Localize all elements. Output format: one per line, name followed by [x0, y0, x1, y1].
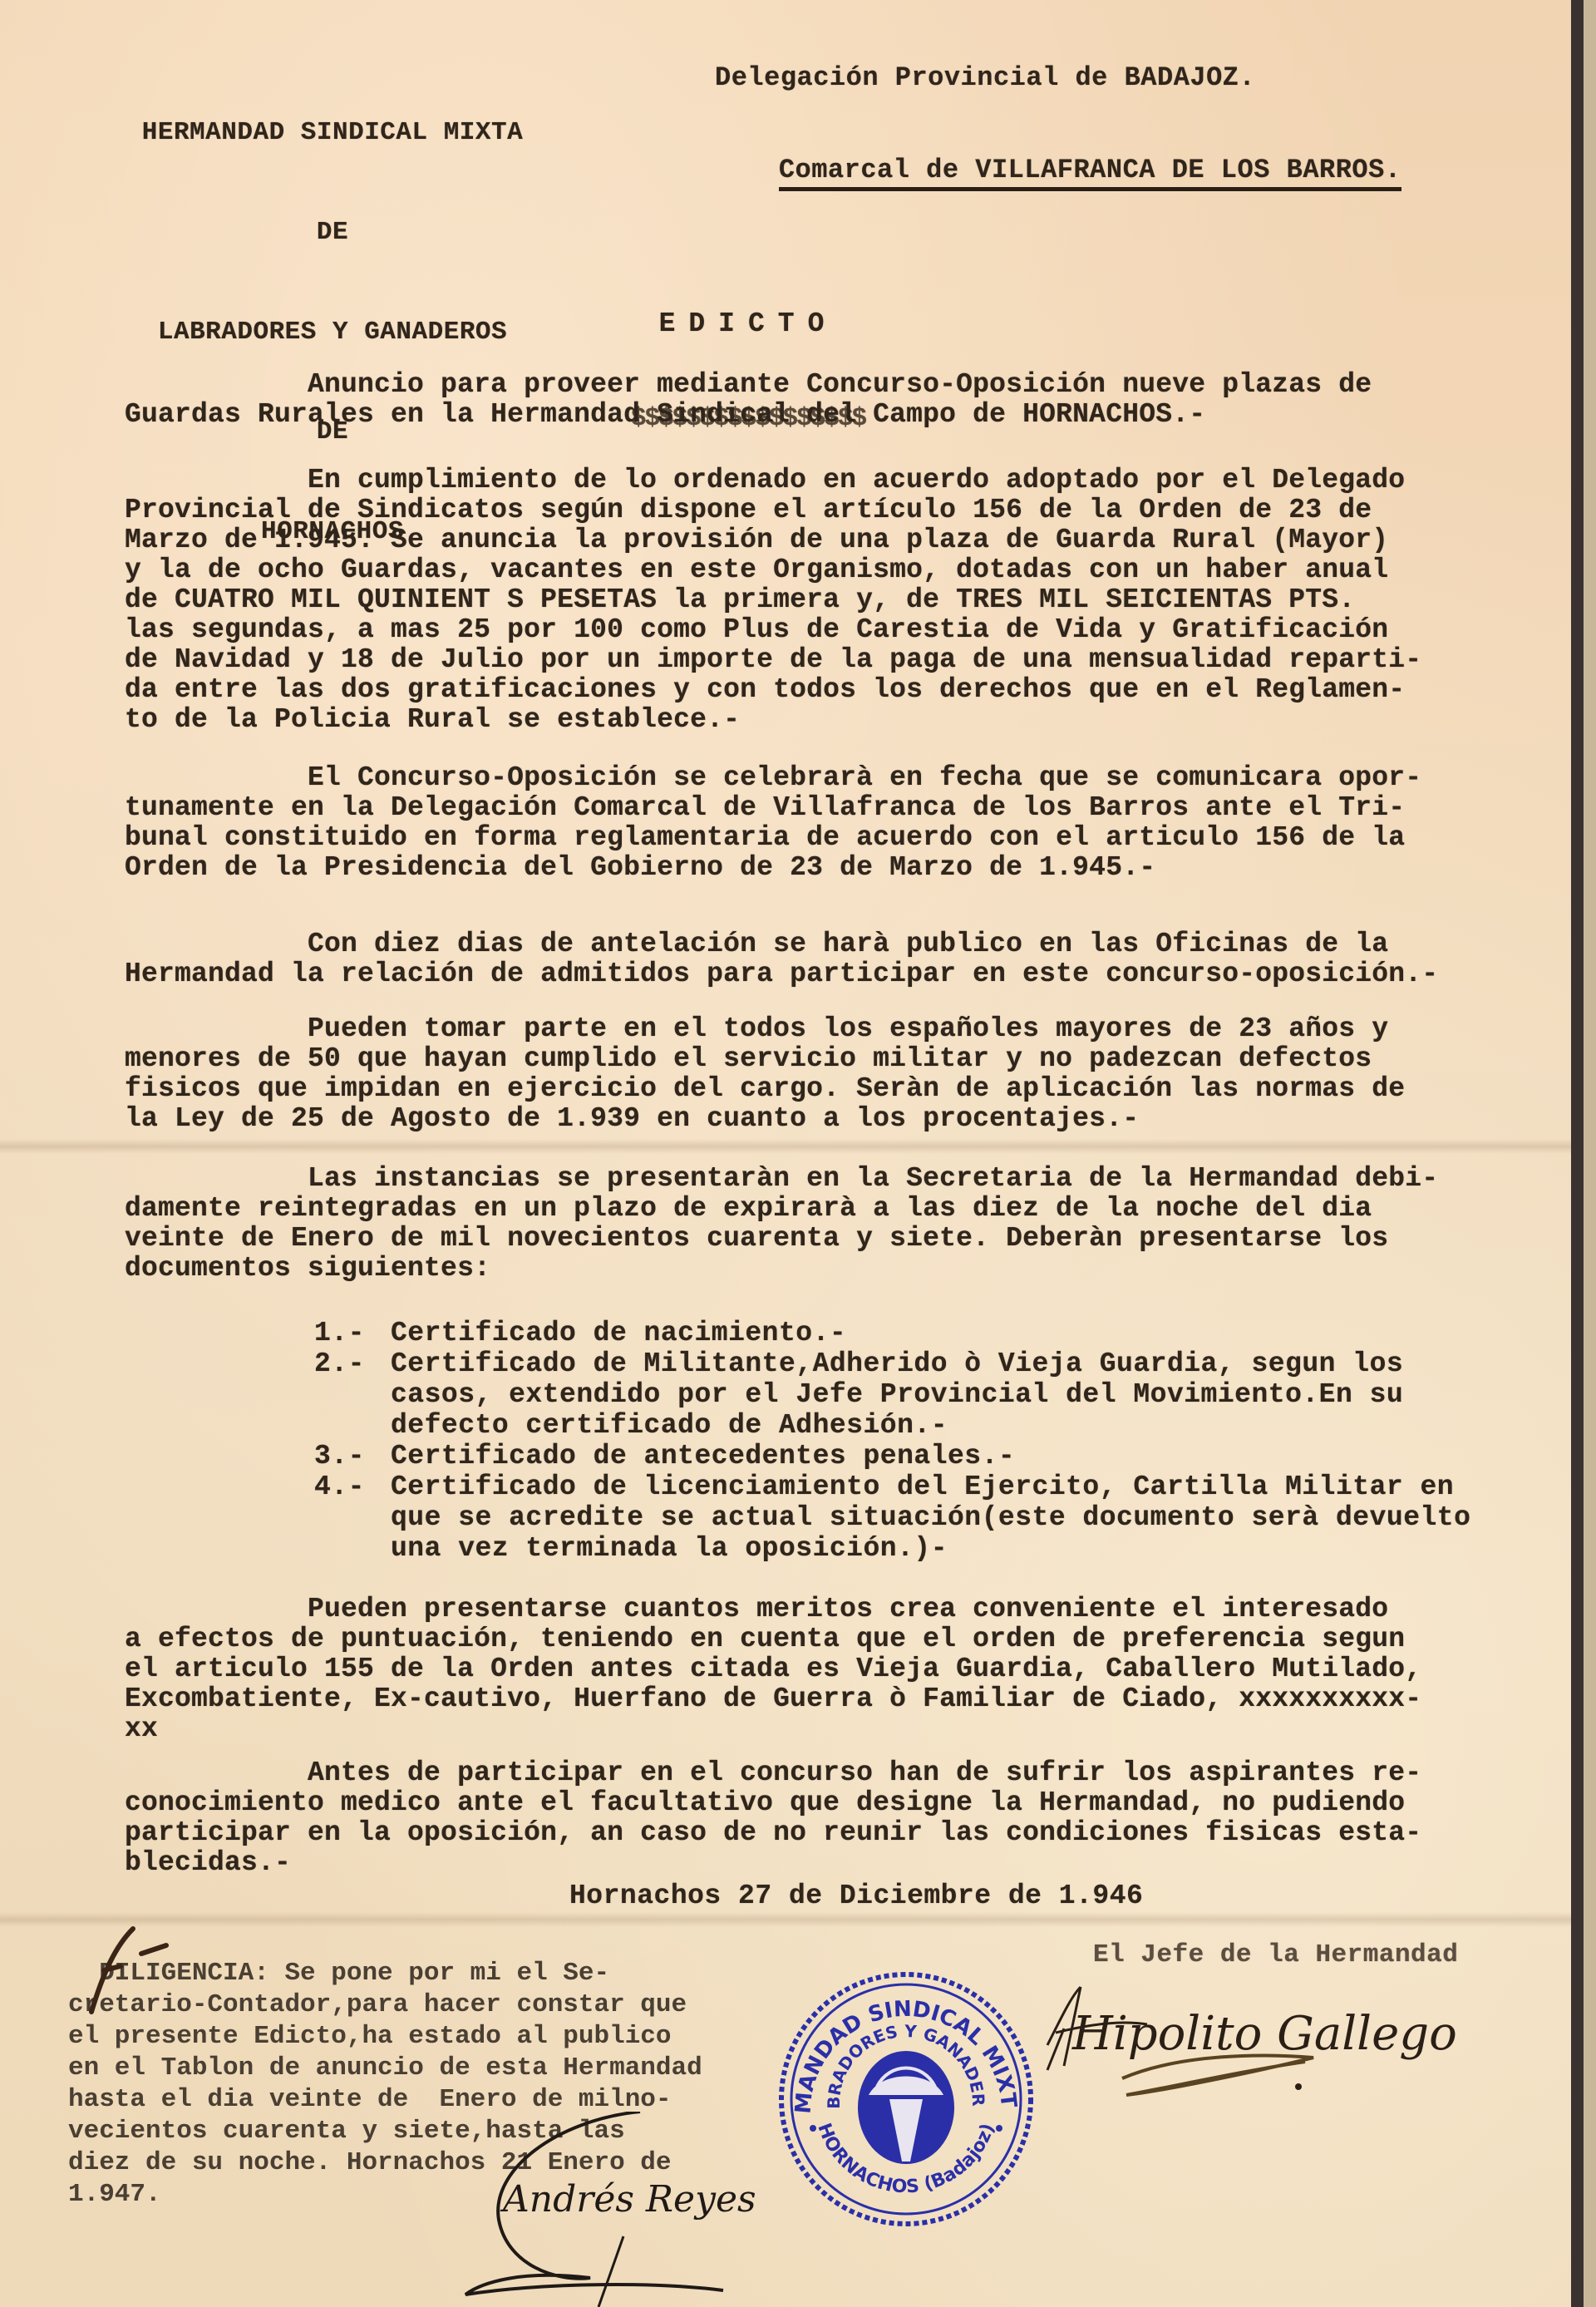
- text-line: de Navidad y 18 de Julio por un importe …: [125, 645, 1571, 675]
- text-line: una vez terminada la oposición.)-: [391, 1533, 1470, 1564]
- text-line: Pueden presentarse cuantos meritos crea …: [125, 1595, 1571, 1624]
- signatory-title: El Jefe de la Hermandad: [1093, 1940, 1458, 1971]
- text-line: veinte de Enero de mil novecientos cuare…: [125, 1224, 1571, 1254]
- text-line: y la de ocho Guardas, vacantes en este O…: [125, 555, 1571, 585]
- header-line: LABRADORES Y GANADEROS: [100, 314, 565, 351]
- svg-text:Andrés Reyes: Andrés Reyes: [500, 2178, 756, 2221]
- initial-mark: [58, 1920, 175, 2020]
- text-line: documentos siguientes:: [125, 1254, 1571, 1284]
- text-line: en el Tablon de anuncio de esta Hermanda…: [68, 2053, 702, 2084]
- list-text: Certificado de nacimiento.-: [391, 1318, 846, 1348]
- text-line: de CUATRO MIL QUINIENT S PESETAS la prim…: [125, 585, 1571, 615]
- text-line: blecidas.-: [125, 1848, 1571, 1878]
- text-line: Certificado de licenciamiento del Ejerci…: [391, 1471, 1470, 1502]
- header-line: DE: [100, 214, 565, 251]
- text-line: Certificado de nacimiento.-: [391, 1318, 846, 1348]
- text-line: El Concurso-Oposición se celebrarà en fe…: [125, 763, 1571, 793]
- paragraph-merits: Pueden presentarse cuantos meritos crea …: [125, 1595, 1571, 1744]
- text-line: Pueden tomar parte en el todos los españ…: [125, 1014, 1571, 1044]
- paper-fold: [0, 1912, 1584, 1927]
- text-line: defecto certificado de Adhesión.-: [391, 1410, 1403, 1441]
- text-line: da entre las dos gratificaciones y con t…: [125, 675, 1571, 705]
- text-line: menores de 50 que hayan cumplido el serv…: [125, 1044, 1571, 1074]
- header-line: HERMANDAD SINDICAL MIXTA: [100, 115, 565, 151]
- documents-list: 1.-Certificado de nacimiento.-2.-Certifi…: [314, 1318, 1594, 1564]
- text-line: el presente Edicto,ha estado al publico: [68, 2021, 702, 2053]
- text-line: las segundas, a mas 25 por 100 como Plus…: [125, 615, 1571, 645]
- text-line: casos, extendido por el Jefe Provincial …: [391, 1379, 1403, 1410]
- text-line: bunal constituido en forma reglamentaria…: [125, 823, 1571, 853]
- document-page: HERMANDAD SINDICAL MIXTA DE LABRADORES Y…: [0, 0, 1584, 2307]
- title-text: EDICTO: [582, 308, 914, 340]
- paper-fold: [0, 1139, 1584, 1154]
- paragraph-announcement: Anuncio para proveer mediante Concurso-O…: [125, 370, 1571, 430]
- paragraph-contest-date: El Concurso-Oposición se celebrarà en fe…: [125, 763, 1571, 883]
- list-number: 3.-: [314, 1441, 391, 1471]
- list-text: Certificado de licenciamiento del Ejerci…: [391, 1471, 1470, 1564]
- text-line: Marzo de 1.945. Se anuncia la provisión …: [125, 525, 1571, 555]
- text-line: tunamente en la Delegación Comarcal de V…: [125, 793, 1571, 823]
- text-line: Certificado de Militante,Adherido ò Viej…: [391, 1348, 1403, 1379]
- signature-secretario: Andrés Reyes: [449, 2112, 798, 2307]
- text-line: damente reintegradas en un plazo de expi…: [125, 1194, 1571, 1224]
- paragraph-medical: Antes de participar en el concurso han d…: [125, 1758, 1571, 1878]
- date-line: Hornachos 27 de Diciembre de 1.946: [569, 1881, 1143, 1912]
- delegation-line: Delegación Provincial de BADAJOZ.: [715, 62, 1255, 94]
- text-line: Provincial de Sindicatos según dispone e…: [125, 495, 1571, 525]
- text-line: Las instancias se presentaràn en la Secr…: [125, 1164, 1571, 1194]
- text-line: la Ley de 25 de Agosto de 1.939 en cuant…: [125, 1104, 1571, 1134]
- comarcal-text: Comarcal de VILLAFRANCA DE LOS BARROS.: [779, 155, 1401, 191]
- text-line: fisicos que impidan en ejercicio del car…: [125, 1074, 1571, 1104]
- list-number: 2.-: [314, 1348, 391, 1441]
- text-line: Guardas Rurales en la Hermandad Sindical…: [125, 400, 1571, 430]
- text-line: participar en la oposición, an caso de n…: [125, 1818, 1571, 1848]
- list-item: 1.-Certificado de nacimiento.-: [314, 1318, 1594, 1348]
- svg-text:Hipolito Gallego: Hipolito Gallego: [1071, 2007, 1457, 2061]
- comarcal-line: Comarcal de VILLAFRANCA DE LOS BARROS.: [713, 123, 1401, 218]
- list-item: 2.-Certificado de Militante,Adherido ò V…: [314, 1348, 1594, 1441]
- paragraph-admitted: Con diez dias de antelación se harà publ…: [125, 929, 1571, 989]
- list-number: 1.-: [314, 1318, 391, 1348]
- text-line: a efectos de puntuación, teniendo en cue…: [125, 1624, 1571, 1654]
- text-line: Con diez dias de antelación se harà publ…: [125, 929, 1571, 959]
- list-item: 4.-Certificado de licenciamiento del Eje…: [314, 1471, 1594, 1564]
- signature-jefe: Hipolito Gallego: [1031, 1979, 1513, 2103]
- seal-stamp: HERMANDAD SINDICAL MIXTA DE LABRADORES Y…: [773, 1962, 1039, 2228]
- paragraph-fulfillment: En cumplimiento de lo ordenado en acuerd…: [125, 466, 1571, 735]
- text-line: Anuncio para proveer mediante Concurso-O…: [125, 370, 1571, 400]
- text-line: to de la Policia Rural se establece.-: [125, 705, 1571, 735]
- text-line: Hermandad la relación de admitidos para …: [125, 959, 1571, 989]
- list-item: 3.-Certificado de antecedentes penales.-: [314, 1441, 1594, 1471]
- text-line: xx: [125, 1714, 1571, 1744]
- scan-edge: [1571, 0, 1584, 2307]
- text-line: Orden de la Presidencia del Gobierno de …: [125, 853, 1571, 883]
- list-text: Certificado de Militante,Adherido ò Viej…: [391, 1348, 1403, 1441]
- text-line: Certificado de antecedentes penales.-: [391, 1441, 1015, 1471]
- list-text: Certificado de antecedentes penales.-: [391, 1441, 1015, 1471]
- text-line: el articulo 155 de la Orden antes citada…: [125, 1654, 1571, 1684]
- text-line: En cumplimiento de lo ordenado en acuerd…: [125, 466, 1571, 495]
- text-line: Excombatiente, Ex-cautivo, Huerfano de G…: [125, 1684, 1571, 1714]
- paragraph-applications: Las instancias se presentaràn en la Secr…: [125, 1164, 1571, 1284]
- text-line: que se acredite se actual situación(este…: [391, 1502, 1470, 1533]
- paragraph-eligibility: Pueden tomar parte en el todos los españ…: [125, 1014, 1571, 1134]
- list-number: 4.-: [314, 1471, 391, 1564]
- text-line: conocimiento medico ante el facultativo …: [125, 1788, 1571, 1818]
- text-line: Antes de participar en el concurso han d…: [125, 1758, 1571, 1788]
